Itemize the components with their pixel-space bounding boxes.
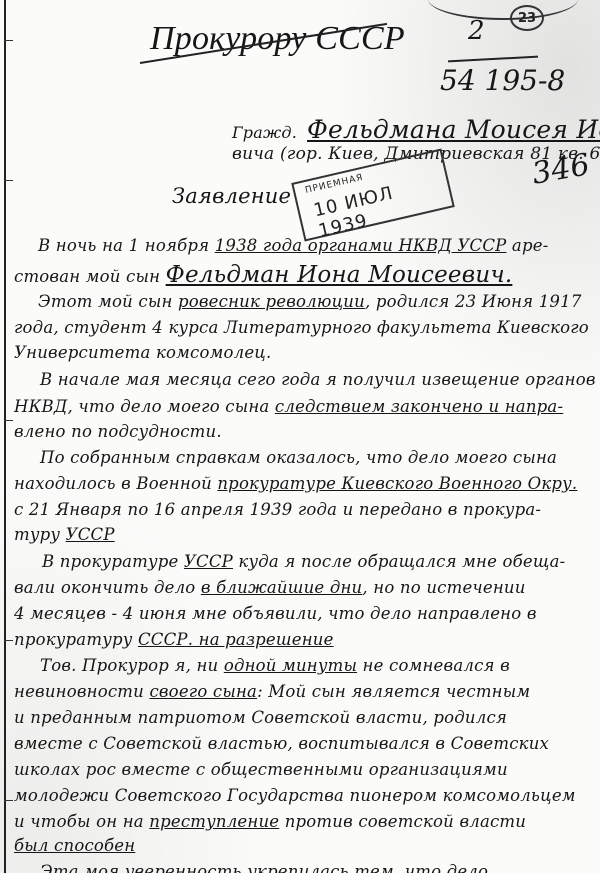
underlined-phrase: УССР (66, 525, 115, 544)
text-segment: не сомневался в (357, 656, 510, 675)
letter-line: школах рос вместе с общественными органи… (14, 760, 508, 779)
underlined-phrase: Фельдман Иона Моисеевич. (166, 262, 513, 288)
text-segment: В ночь на 1 ноября (38, 236, 215, 255)
letter-line: Тов. Прокурор я, ни одной минуты не сомн… (40, 656, 510, 675)
text-segment: , родился 23 Июня 1917 (365, 292, 582, 311)
text-segment: : Мой сын является честным (257, 682, 530, 701)
text-segment: прокуратуру (14, 630, 138, 649)
sender-name: Фельдмана Моисея Иона (307, 115, 600, 144)
letter-line: вместе с Советской властью, воспитывался… (14, 734, 549, 753)
letter-line: Университета комсомолец. (14, 343, 271, 362)
text-segment: и преданным патриотом Советской власти, … (14, 708, 507, 727)
underlined-phrase: одной минуты (224, 656, 357, 675)
underlined-phrase: УССР (184, 552, 233, 571)
underlined-phrase: СССР. на разрешение (138, 630, 334, 649)
letter-line: НКВД, что дело моего сына следствием зак… (14, 397, 563, 416)
pen-arc-mark (428, 0, 578, 20)
text-segment: находилось в Военной (14, 474, 217, 493)
letter-line: 4 месяцев - 4 июня мне объявили, что дел… (14, 604, 537, 623)
registry-number-top: 2 (468, 16, 485, 46)
binding-tick (4, 800, 13, 801)
text-segment: и чтобы он на (14, 812, 149, 831)
underlined-phrase: следствием закончено и напра- (275, 397, 563, 416)
letter-line: прокуратуру СССР. на разрешение (14, 630, 334, 649)
letter-line: невиновности своего сына: Мой сын являет… (14, 682, 530, 701)
text-segment: НКВД, что дело моего сына (14, 397, 275, 416)
text-segment: пионером комсомольцем (344, 786, 576, 805)
letter-line: влено по подсудности. (14, 422, 222, 441)
sender-line-1: Гражд.Фельдмана Моисея Иона (232, 115, 600, 144)
text-segment: туру (14, 525, 66, 544)
page-number-circled: 23 (510, 5, 544, 31)
binding-tick (4, 640, 13, 641)
letter-line: и преданным патриотом Советской власти, … (14, 708, 507, 727)
underlined-phrase: прокуратуре Киевского Военного Окру. (217, 474, 577, 493)
letter-line: с 21 Января по 16 апреля 1939 года и пер… (14, 500, 541, 519)
text-segment: Тов. Прокурор я, ни (40, 656, 224, 675)
text-segment: невиновности (14, 682, 149, 701)
text-segment: вали окончить дело (14, 578, 201, 597)
text-segment: молодежи Советского Государства (14, 786, 344, 805)
underlined-phrase: был способен (14, 836, 135, 855)
underlined-phrase: ровесник революции (178, 292, 365, 311)
scanned-letter-page: Прокурору СССР 2 54 195-8 23 Гражд.Фельд… (0, 0, 600, 873)
text-segment: влено по подсудности. (14, 422, 222, 441)
text-segment: года, студент 4 курса Литературного факу… (14, 318, 589, 337)
underlined-phrase: преступление (149, 812, 279, 831)
letter-line: В прокуратуре УССР куда я после обращалс… (42, 552, 565, 571)
text-segment: куда я после обращался мне обеща- (233, 552, 565, 571)
letter-line: находилось в Военной прокуратуре Киевско… (14, 474, 577, 493)
text-segment: против советской власти (279, 812, 526, 831)
text-segment: Этот мой сын (38, 292, 178, 311)
text-segment: с 21 Января по 16 апреля 1939 года и пер… (14, 500, 541, 519)
text-segment: школах рос вместе с общественными органи… (14, 760, 508, 779)
text-segment: , но по истечении (362, 578, 525, 597)
letter-line: был способен (14, 836, 135, 855)
document-type-label: Заявление (172, 184, 291, 208)
text-segment: 4 месяцев - 4 июня мне объявили, что дел… (14, 604, 537, 623)
letter-line: Эта моя уверенность укрепилась тем, что … (40, 862, 488, 873)
letter-line: Этот мой сын ровесник революции, родился… (38, 292, 582, 311)
binding-tick (4, 180, 13, 181)
letter-line: стован мой сын Фельдман Иона Моисеевич. (14, 262, 512, 288)
text-segment: По собранным справкам оказалось, что дел… (40, 448, 557, 467)
letter-line: молодежи Советского Государства пионером… (14, 786, 576, 805)
text-segment: аре- (506, 236, 548, 255)
binding-edge (4, 0, 6, 873)
text-segment: Эта моя уверенность укрепилась тем, что … (40, 862, 488, 873)
text-segment: Университета комсомолец. (14, 343, 271, 362)
sender-prefix: Гражд. (232, 123, 297, 142)
binding-tick (4, 40, 13, 41)
underlined-phrase: своего сына (149, 682, 257, 701)
letter-line: туру УССР (14, 525, 115, 544)
binding-tick (4, 420, 13, 421)
text-segment: В начале мая месяца сего года я получил … (40, 370, 596, 389)
text-segment: стован мой сын (14, 267, 166, 286)
letter-line: В ночь на 1 ноября 1938 года органами НК… (38, 236, 548, 255)
underlined-phrase: в ближайшие дни (201, 578, 363, 597)
letter-line: года, студент 4 курса Литературного факу… (14, 318, 589, 337)
registry-fraction-line (448, 56, 538, 63)
letter-line: По собранным справкам оказалось, что дел… (40, 448, 557, 467)
registry-number-bottom: 54 195-8 (440, 64, 565, 97)
underlined-phrase: 1938 года органами НКВД УССР (215, 236, 507, 255)
text-segment: вместе с Советской властью, воспитывался… (14, 734, 549, 753)
letter-line: В начале мая месяца сего года я получил … (40, 370, 596, 389)
letter-line: и чтобы он на преступление против советс… (14, 812, 526, 831)
text-segment: В прокуратуре (42, 552, 184, 571)
letter-line: вали окончить дело в ближайшие дни, но п… (14, 578, 526, 597)
